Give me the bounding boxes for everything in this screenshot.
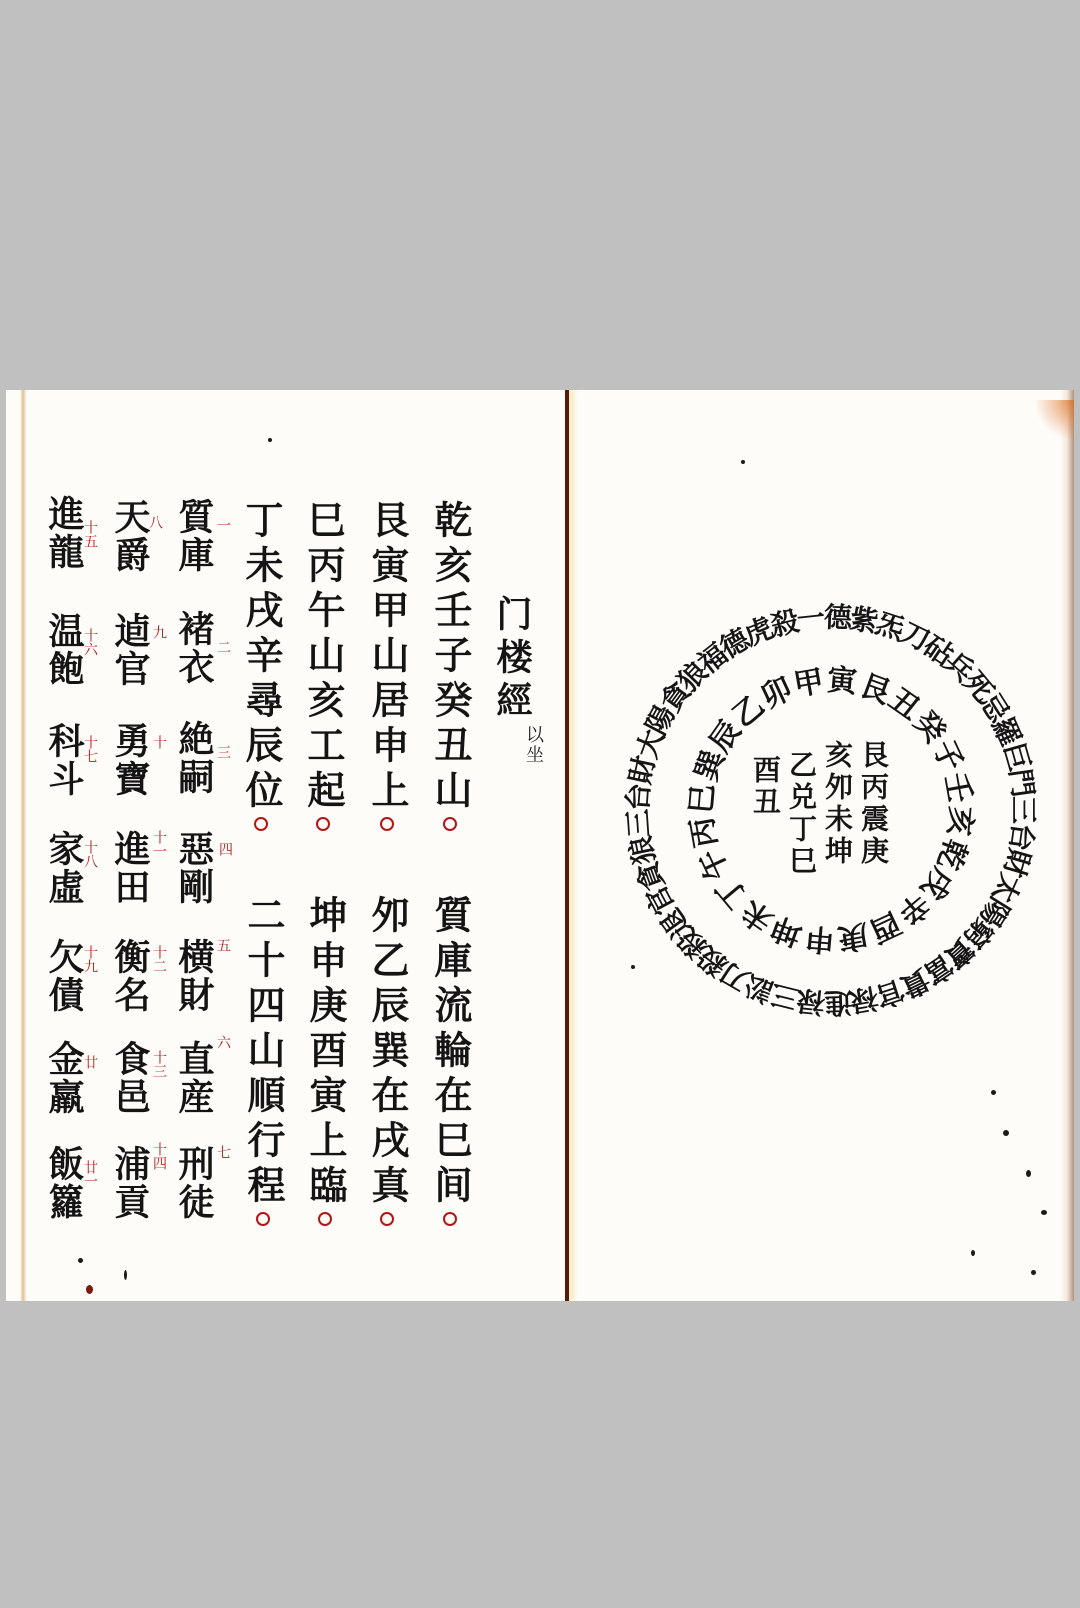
red-circle-mark — [380, 1212, 394, 1226]
term-number-13: 十三 — [152, 1050, 166, 1078]
red-circle-mark — [316, 817, 330, 831]
term-number-19: 十九 — [83, 945, 97, 973]
center-text-col-3: 乙兑丁巳 — [787, 750, 815, 878]
verse-column-4: 丁未戌辛尋辰位 — [242, 500, 280, 831]
ink-speck — [124, 1270, 127, 1280]
manuscript-spread: 门楼經 以坐 乾亥壬子癸丑山 艮寅甲山居申上 巳丙午山亥工起 丁未戌辛尋辰位 質… — [6, 390, 1074, 1301]
term-number-20: 廿 — [83, 1055, 97, 1069]
left-page: 门楼經 以坐 乾亥壬子癸丑山 艮寅甲山居申上 巳丙午山亥工起 丁未戌辛尋辰位 質… — [6, 390, 566, 1301]
term-number-18: 十八 — [83, 840, 97, 868]
inner-ring-char: 壬 — [937, 768, 976, 807]
term-9: 逌官 — [112, 612, 148, 688]
term-10: 勇寶 — [112, 722, 148, 798]
term-number-1: 一 — [216, 518, 230, 532]
center-text-col-1: 艮丙震庚 — [859, 740, 887, 868]
inner-ring-char: 丙 — [685, 813, 724, 852]
ink-speck — [268, 438, 272, 442]
term-number-9: 九 — [152, 625, 166, 639]
term-number-6: 六 — [216, 1035, 230, 1049]
term-20: 金羸 — [46, 1040, 82, 1116]
term-7: 刑徒 — [176, 1145, 212, 1221]
right-page: 艮丙震庚 亥夘未坤 乙兑丁巳 酉丑 乾戌辛酉庚申坤未丁午丙巳巽辰乙卯甲寅艮丑癸子… — [571, 390, 1074, 1301]
term-number-16: 十六 — [83, 628, 97, 656]
term-17: 科斗 — [46, 722, 82, 798]
center-text-col-4: 酉丑 — [751, 755, 779, 819]
term-number-8: 八 — [148, 515, 162, 529]
ink-speck — [1031, 1270, 1036, 1275]
term-5: 横財 — [176, 938, 212, 1014]
term-number-7: 七 — [216, 1145, 230, 1159]
red-circle-mark — [256, 1212, 270, 1226]
ink-speck — [1026, 1170, 1031, 1177]
red-circle-mark — [318, 1212, 332, 1226]
red-circle-mark — [443, 817, 457, 831]
ink-speck — [631, 965, 635, 969]
inner-ring-char: 甲 — [789, 664, 828, 703]
verse-column-7: 坤申庚酉寅上臨 — [306, 895, 344, 1226]
term-15: 進龍 — [46, 495, 82, 571]
term-21: 飯籮 — [46, 1145, 82, 1221]
ink-speck — [78, 1258, 83, 1263]
ink-speck — [741, 460, 745, 464]
term-4: 惡剛 — [176, 830, 212, 906]
ink-speck — [971, 1250, 975, 1256]
term-number-2: 二 — [216, 640, 230, 654]
term-number-3: 三 — [216, 745, 230, 759]
verse-column-8: 二十四山順行程 — [244, 895, 282, 1226]
center-text-col-2: 亥夘未坤 — [823, 740, 851, 868]
term-14: 浦貢 — [112, 1145, 148, 1221]
page-title: 门楼經 — [494, 595, 530, 724]
red-circle-mark — [254, 817, 268, 831]
verse-column-6: 夘乙辰巽在戌真 — [368, 895, 406, 1226]
verse-column-5: 質庫流輪在巳间 — [431, 895, 469, 1226]
term-13: 食邑 — [112, 1040, 148, 1116]
ink-speck — [86, 1285, 93, 1294]
term-8: 天爵 — [112, 498, 148, 574]
ink-speck — [991, 1090, 996, 1095]
term-number-21: 廿一 — [83, 1160, 97, 1188]
term-1: 質庫 — [176, 498, 212, 574]
verse-column-2: 艮寅甲山居申上 — [368, 500, 406, 831]
term-number-15: 十五 — [83, 520, 97, 548]
verse-column-1: 乾亥壬子癸丑山 — [431, 500, 469, 831]
term-number-10: 十 — [152, 735, 166, 749]
ink-speck — [1041, 1210, 1047, 1215]
inner-ring-char: 庚 — [834, 916, 873, 955]
term-number-4: 四 — [218, 842, 232, 856]
red-circle-mark — [443, 1212, 457, 1226]
term-18: 家虛 — [46, 830, 82, 906]
inner-ring-char: 亥 — [940, 803, 977, 840]
term-2: 褚衣 — [176, 610, 212, 686]
term-12: 衡名 — [112, 938, 148, 1014]
term-number-11: 十一 — [152, 830, 166, 858]
verse-column-3: 巳丙午山亥工起 — [304, 500, 342, 831]
ink-speck — [1003, 1130, 1009, 1136]
term-16: 温飽 — [46, 612, 82, 688]
term-11: 進田 — [112, 830, 148, 906]
red-circle-mark — [380, 817, 394, 831]
term-number-14: 十四 — [152, 1142, 166, 1170]
title-note: 以坐 — [524, 725, 542, 765]
term-19: 欠債 — [46, 938, 82, 1014]
compass-ring-diagram: 艮丙震庚 亥夘未坤 乙兑丁巳 酉丑 乾戌辛酉庚申坤未丁午丙巳巽辰乙卯甲寅艮丑癸子… — [611, 580, 1051, 1040]
term-number-17: 十七 — [83, 735, 97, 763]
outer-ring-char: 門 — [1002, 764, 1040, 802]
term-6: 直産 — [176, 1040, 212, 1116]
term-3: 絶嗣 — [176, 720, 212, 796]
term-number-5: 五 — [216, 938, 230, 952]
term-number-12: 十二 — [152, 945, 166, 973]
